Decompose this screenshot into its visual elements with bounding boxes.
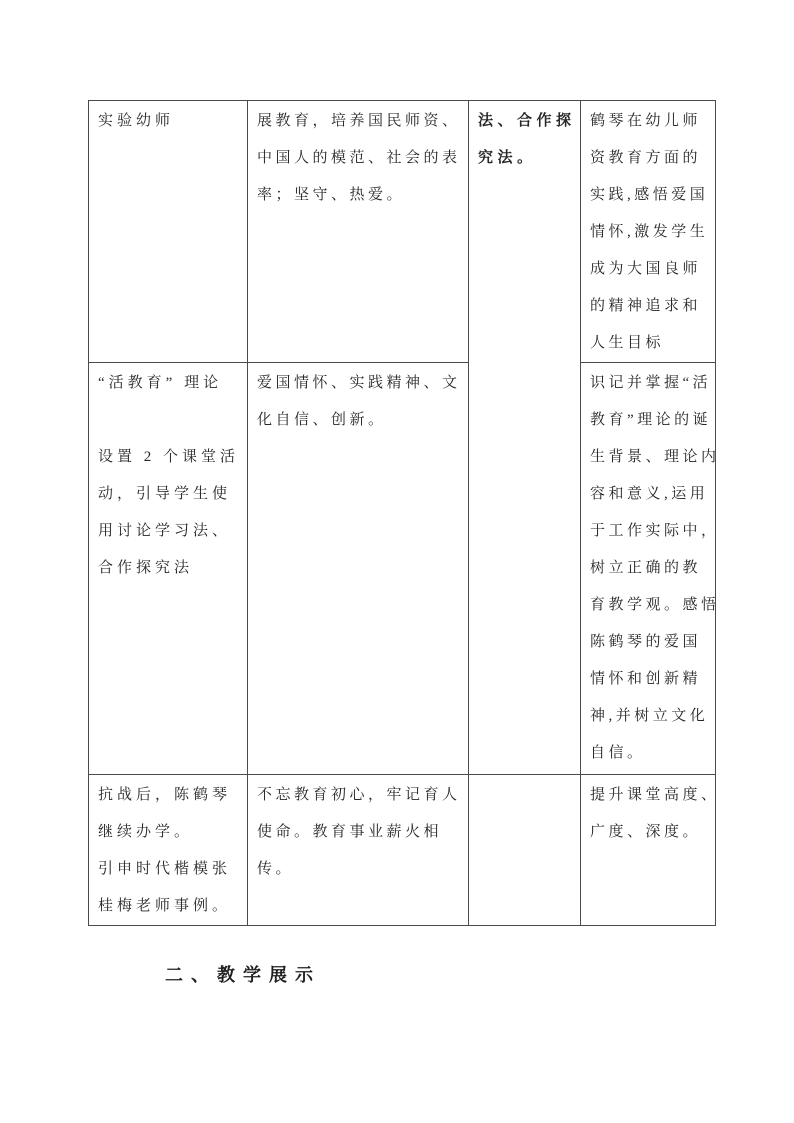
document-page: { "table": { "rows": [ { "col1": "实验幼师",…	[0, 0, 794, 1123]
cell-method-merged: 法、合作探 究法。	[469, 101, 581, 775]
cell-content-row2: 爱国情怀、实践精神、文 化自信、创新。	[248, 363, 469, 775]
cell-content-row1: 展教育，培养国民师资、 中国人的模范、社会的表 率；坚守、热爱。	[248, 101, 469, 363]
table-row: 抗战后，陈鹤琴 继续办学。 引申时代楷模张 桂梅老师事例。 不忘教育初心，牢记育…	[89, 775, 716, 926]
cell-goal-row1: 鹤琴在幼儿师 资教育方面的 实践,感悟爱国 情怀,激发学生 成为大国良师 的精神…	[581, 101, 716, 363]
table-row: 实验幼师 展教育，培养国民师资、 中国人的模范、社会的表 率；坚守、热爱。 法、…	[89, 101, 716, 363]
teaching-plan-table: 实验幼师 展教育，培养国民师资、 中国人的模范、社会的表 率；坚守、热爱。 法、…	[88, 100, 716, 926]
cell-content-row3: 不忘教育初心，牢记育人 使命。教育事业薪火相 传。	[248, 775, 469, 926]
cell-activity-row3: 抗战后，陈鹤琴 继续办学。 引申时代楷模张 桂梅老师事例。	[89, 775, 248, 926]
cell-goal-row2: 识记并掌握“活 教育”理论的诞 生背景、理论内 容和意义,运用 于工作实际中， …	[581, 363, 716, 775]
cell-activity-row1: 实验幼师	[89, 101, 248, 363]
cell-method-row3-empty	[469, 775, 581, 926]
cell-activity-row2: “活教育” 理论 设置 2 个课堂活 动，引导学生使 用讨论学习法、 合作探究法	[89, 363, 248, 775]
cell-goal-row3: 提升课堂高度、 广度、深度。	[581, 775, 716, 926]
table-row: “活教育” 理论 设置 2 个课堂活 动，引导学生使 用讨论学习法、 合作探究法…	[89, 363, 716, 775]
section-heading: 二、教学展示	[165, 961, 321, 987]
